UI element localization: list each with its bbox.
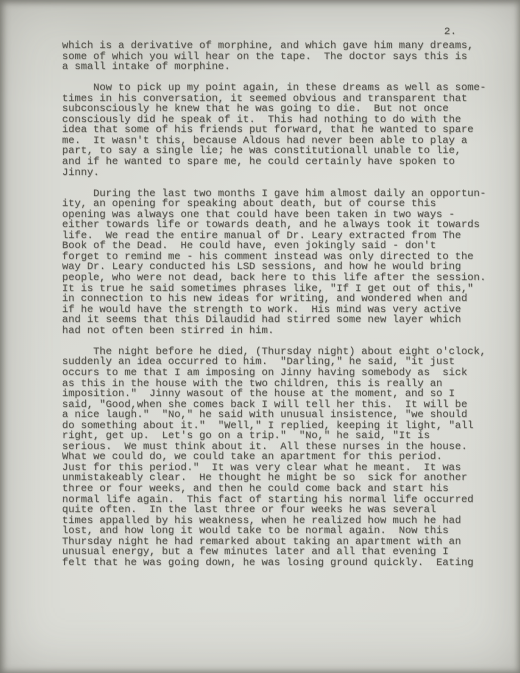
paragraph-dreams-knew-he-was-dying: Now to pick up my point again, in these … (62, 83, 512, 178)
typewritten-page: 2. which is a derivative of morphine, an… (0, 0, 520, 673)
paragraph-leary-manual: During the last two months I gave him al… (62, 189, 512, 337)
document-body: which is a derivative of morphine, and w… (62, 41, 512, 579)
paragraph-night-before-he-died: The night before he died, (Thursday nigh… (62, 347, 512, 568)
page-number: 2. (444, 27, 456, 38)
paragraph-morphine-intake: which is a derivative of morphine, and w… (62, 41, 512, 73)
